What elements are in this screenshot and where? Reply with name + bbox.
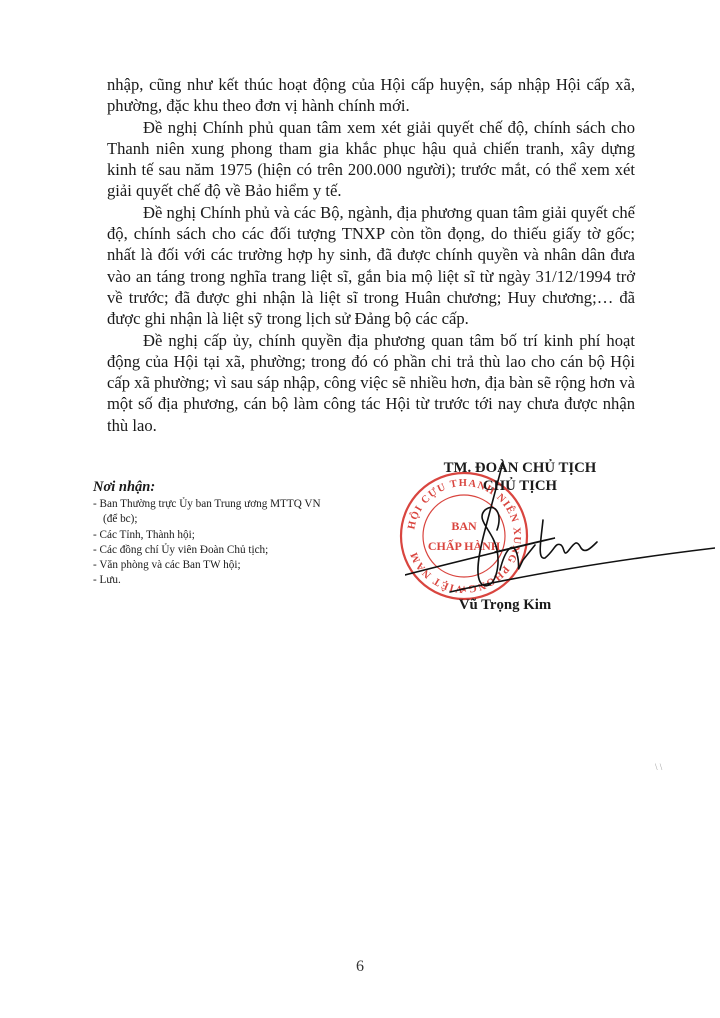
recipients-title: Nơi nhận: xyxy=(93,480,333,495)
paragraph-tnxp-health-insurance: Đề nghị Chính phủ quan tâm xem xét giải … xyxy=(107,117,635,202)
paragraph-tnxp-policy: Đề nghị Chính phủ và các Bộ, ngành, địa … xyxy=(107,202,635,330)
page-number: 6 xyxy=(350,958,370,976)
recipient-item: - Lưu. xyxy=(93,573,333,588)
paragraph-continuation: nhập, cũng như kết thúc hoạt động của Hộ… xyxy=(107,74,635,117)
handwritten-signature xyxy=(405,450,715,630)
body-text: nhập, cũng như kết thúc hoạt động của Hộ… xyxy=(107,74,635,436)
recipient-item: - Các Tỉnh, Thành hội; xyxy=(93,528,333,543)
recipient-item: - Ban Thường trực Ủy ban Trung ương MTTQ… xyxy=(93,497,333,527)
recipients-block: Nơi nhận: - Ban Thường trực Ủy ban Trung… xyxy=(93,480,333,588)
paragraph-funding: Đề nghị cấp ủy, chính quyền địa phương q… xyxy=(107,330,635,436)
recipient-item: - Các đồng chí Ủy viên Đoàn Chủ tịch; xyxy=(93,543,333,558)
recipient-item: - Văn phòng và các Ban TW hội; xyxy=(93,558,333,573)
scan-artifact: \ \ xyxy=(655,762,662,772)
